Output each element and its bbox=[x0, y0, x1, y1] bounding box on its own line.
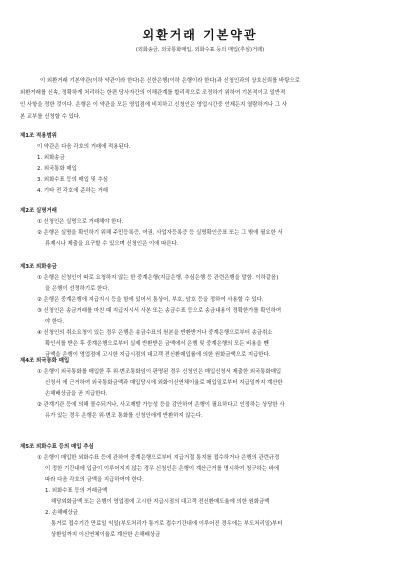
article-line: ① 은행이 매입한 외화수표 등에 관하여 중계은행으로부터 지급거절 통지를 … bbox=[37, 455, 279, 462]
article-line: ① 은행은 신청인이 따로 요청하지 않는 한 중계은행(지급은행, 추심은행 … bbox=[37, 275, 278, 282]
document-title: 외환거래 기본약관 bbox=[0, 26, 400, 43]
article-heading: 제4조 외국통화 매입 bbox=[20, 358, 69, 365]
article-line: 류제시나 제출을 요구할 수 있으며 신청인은 이에 따른다. bbox=[45, 241, 178, 248]
article-line: 금액을 은행이 영업점에 고시한 지급시점의 대고객 전신환매입률에 의한 원화… bbox=[45, 352, 270, 359]
article-line: 4. 기타 전 각호에 준하는 거래 bbox=[37, 188, 108, 195]
article-line: ③ 신청인은 송금거래를 마친 때 지급지시서 사본 또는 송금수표 등으로 송… bbox=[37, 308, 281, 315]
article-line: 3. 외화수표 등의 매입 및 추심 bbox=[37, 177, 108, 184]
article-line: ② 은행은 중계은행에 지급지시 등을 함에 있어서 통상어, 부호, 암호 등… bbox=[37, 297, 264, 304]
preamble-line: 인 사항을 정한 것이다. 은행은 이 약관을 모든 영업점에 비치하고 신청인… bbox=[20, 102, 287, 109]
article-heading: 제3조 외화송금 bbox=[20, 264, 57, 271]
article-line: 1. 외화수표 등의 거래금액 bbox=[45, 488, 107, 495]
article-line: 상환일까지 이신연체이율로 계산한 손해배상금 bbox=[51, 532, 160, 539]
article-line: 야 한다. bbox=[45, 319, 64, 326]
preamble-line: 본 교부를 신청할 수 있다. bbox=[20, 114, 81, 121]
article-line: ① 신청인은 실명으로 거래해야 한다. bbox=[37, 219, 123, 226]
article-line: 확인서를 받은 후 중계은행으로부터 실제 반환받은 금액에서 은행 및 중계은… bbox=[45, 341, 269, 348]
article-line: 이 약관은 다음 각호의 거래에 적용된다. bbox=[37, 144, 131, 151]
article-line: 을 은행이 선정하기로 한다. bbox=[45, 286, 109, 293]
article-line: ① 은행이 외국통화를 매입한 후 위·변조통화임이 판명된 경우 신청인은 매… bbox=[37, 369, 281, 376]
article-line: 따라 다음 각호의 금액을 지급하여야 한다. bbox=[45, 477, 144, 484]
article-line: 2. 외국통화 매입 bbox=[37, 166, 77, 173]
article-line: ② 관계기관 등에 의해 몰수되거나, 사고제발 가능성 등을 감안하여 은행이… bbox=[37, 402, 285, 409]
preamble-line: 외환거래를 신속, 정확하게 처리하는 한편 당사자간의 이해관계를 합리적으로… bbox=[20, 90, 285, 97]
article-line: 해당외화금액 또는 은행이 영업점에 고시한 지급시점의 대고객 전신환매도율에… bbox=[51, 499, 270, 506]
article-line: 손해배상금을 곧 지급한다. bbox=[45, 391, 107, 398]
article-line: ② 은행은 실명을 확인하기 위해 주민등록증, 여권, 사업자등록증 등 실명… bbox=[37, 230, 283, 237]
article-heading: 제1조 적용범위 bbox=[20, 133, 57, 140]
document-subtitle: (외화송금, 외국통화매입, 외화수표 등의 매입(추심)거래) bbox=[0, 46, 400, 53]
preamble-line: 이 외환거래 기본약관(이하 약관이라 한다)은 신한은행(이하 은행이라 한다… bbox=[40, 78, 300, 85]
article-line: 통거로 접수기간 만료일 익일(부도처리가 통거로 접수기간내에 이루어진 경우… bbox=[51, 521, 282, 528]
article-line: 신청서 에 근거하여 외국통화금액과 매입당시에 외화이신연체이율로 매입일로부… bbox=[45, 380, 283, 387]
article-line: 이 정한 기간내에 입금이 이루어지지 않는 경우 신청인은 은행이 계산근거를… bbox=[45, 466, 279, 473]
article-heading: 제2조 실명거래 bbox=[20, 208, 57, 215]
article-heading: 제5조 외화수표 등의 매입 추심 bbox=[20, 444, 94, 451]
article-line: 2. 손해배상금 bbox=[45, 510, 78, 517]
article-line: 유가 있는 경우 은행은 위·변조 통화를 신청인에게 반환하지 않는다. bbox=[45, 413, 203, 420]
article-line: 1. 외화송금 bbox=[37, 155, 65, 162]
article-line: ④ 신청인의 취소요청이 있는 경우 은행은 송금수표의 원본을 반환받거나 중… bbox=[37, 330, 272, 337]
